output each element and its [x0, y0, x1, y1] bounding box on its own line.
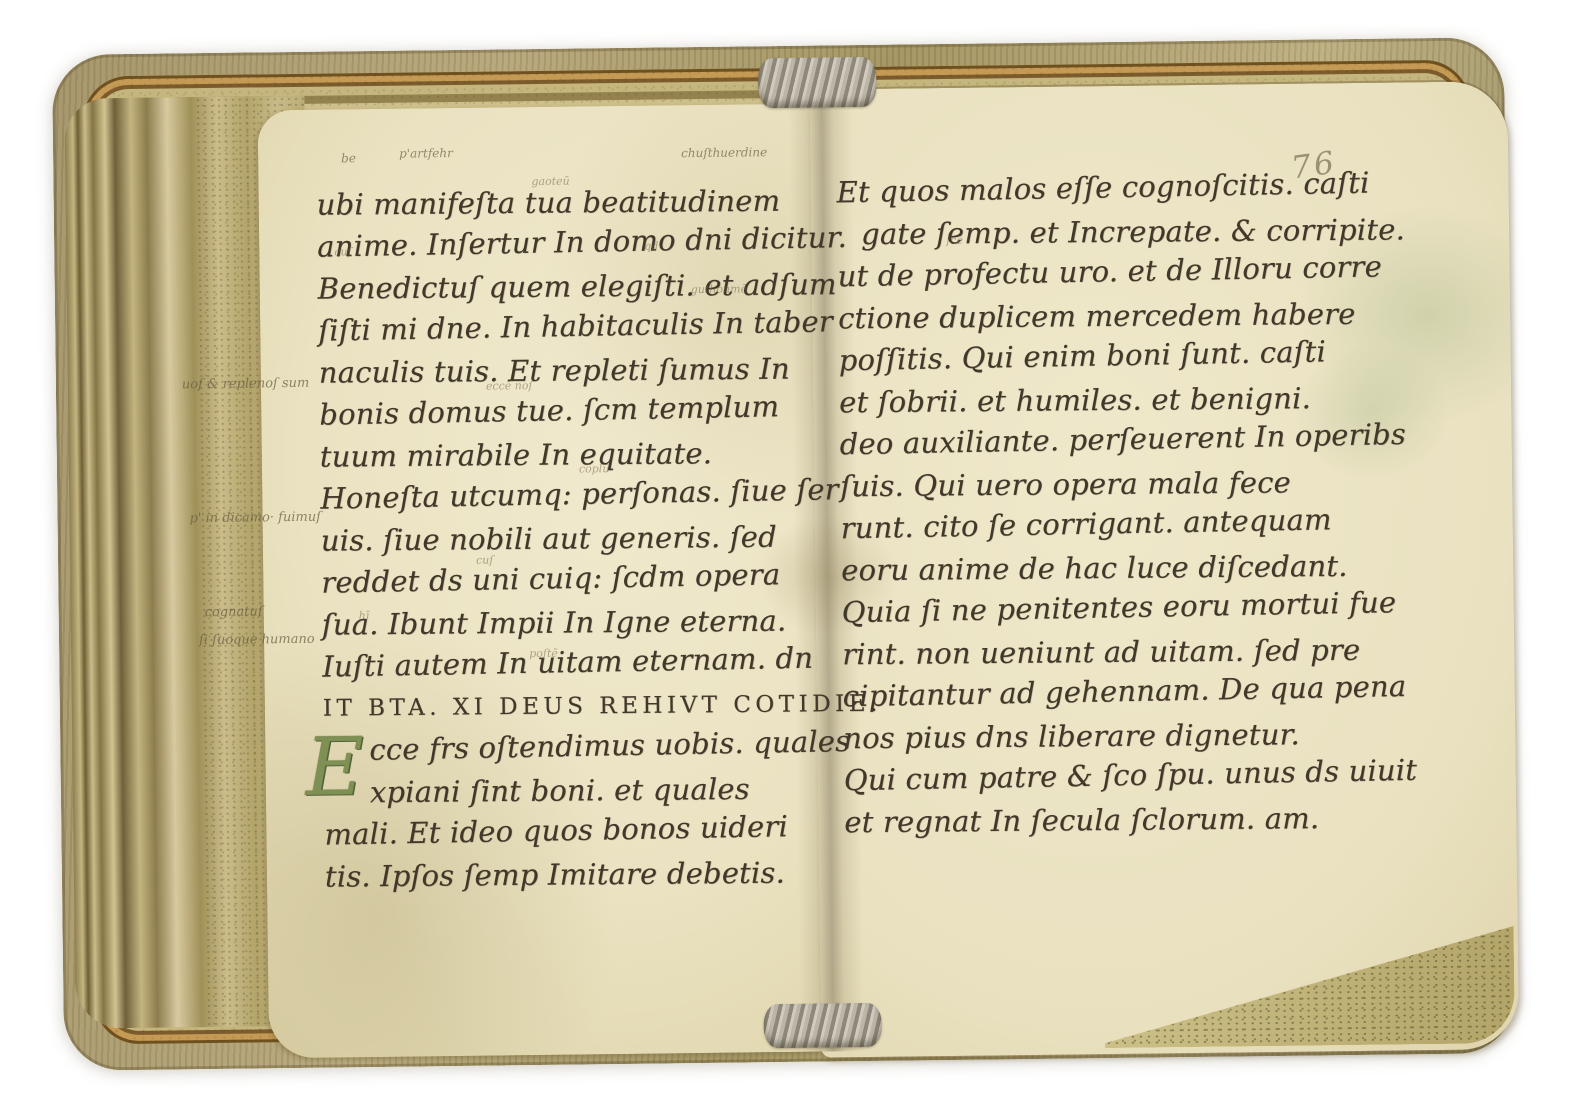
margin-gloss: p' in dicamo· fuimuſ: [189, 510, 321, 527]
right-page-text: Et quos malos eſſe cognoſcitis. caſti ga…: [836, 164, 1419, 843]
margin-gloss: uoſ & replenoſ sum: [182, 376, 310, 393]
manuscript-line: anime. Inſertur In domo dni dicitur.: [317, 216, 828, 267]
interlinear-gloss: guthonmē: [691, 282, 747, 296]
manuscript-line: bonis domus tue. ſcm templum: [319, 384, 830, 435]
manuscript-line: Iuſti autem In uitam eternam. dn: [322, 636, 833, 687]
open-codex: 76 E ubi manifeſta tua beatitudinem anim…: [52, 37, 1516, 1071]
manuscript-line: ſiſti mi dne. In habitaculis In taber: [318, 300, 829, 351]
interlinear-gloss: ſcē: [946, 234, 963, 247]
interlinear-gloss: poſtē: [529, 647, 558, 660]
interlinear-gloss: cuſ: [476, 554, 493, 567]
margin-gloss: chuſthuerdine: [681, 145, 767, 160]
manuscript-line: et regnat In ſecula ſclorum. am.: [844, 796, 1419, 843]
damaged-corner: [1104, 921, 1515, 1048]
manuscript-line: mali. Et ideo quos bonos uideri: [324, 804, 835, 855]
interlinear-gloss: gaoteū: [531, 175, 569, 188]
interlinear-gloss: cōplū: [579, 462, 610, 475]
margin-gloss: p'artfehr: [399, 146, 453, 161]
margin-gloss: cognatuſ: [205, 604, 263, 620]
interlinear-gloss: qd: [644, 240, 658, 253]
margin-gloss: be: [341, 151, 356, 165]
manuscript-photo: 76 E ubi manifeſta tua beatitudinem anim…: [0, 0, 1569, 1101]
manuscript-line: cce frs oſtendimus uobis. quales: [323, 720, 834, 771]
manuscript-line: Honeſta utcumq: perſonas. ſiue ſer: [320, 468, 831, 519]
interlinear-gloss: eccē noſ: [486, 379, 533, 393]
manuscript-line: tis. Ipſos ſemp Imitare debetis.: [325, 851, 835, 897]
endband-bottom: [763, 1003, 882, 1048]
interlinear-gloss: cuſ: [334, 245, 351, 258]
left-page-text: E ubi manifeſta tua beatitudinem anime. …: [316, 177, 835, 897]
manuscript-line: reddet ds uni cuiq: ſcdm opera: [321, 552, 832, 603]
interlinear-gloss: hī: [359, 609, 370, 622]
margin-gloss: ſi ſuoque humano: [199, 632, 315, 648]
endband-top: [758, 57, 877, 108]
